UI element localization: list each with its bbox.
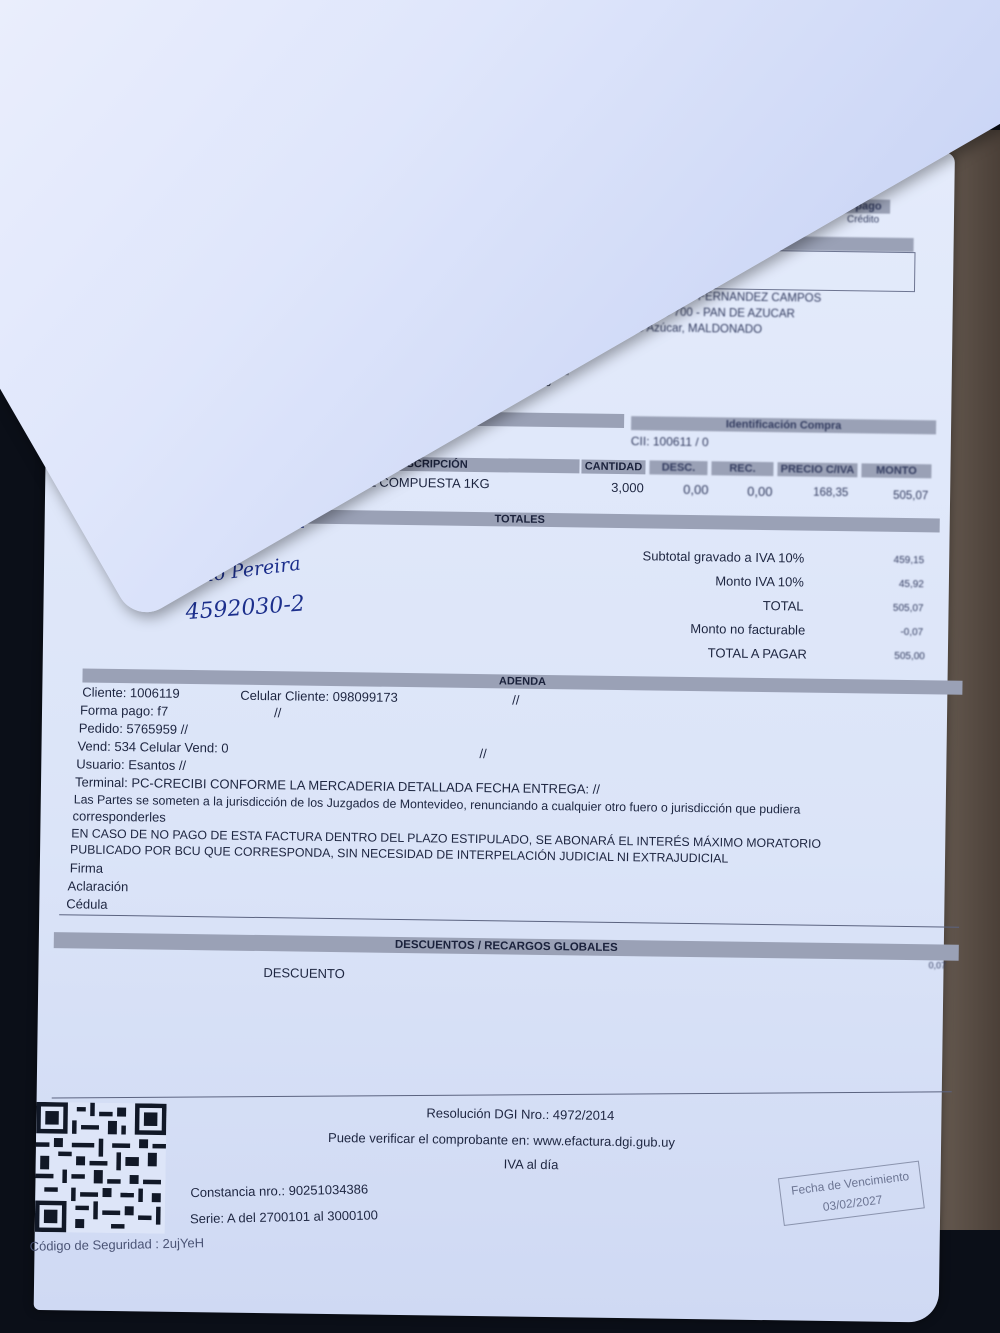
- col-precio: PRECIO C/IVA: [777, 462, 857, 477]
- adenda-sep-1: //: [512, 693, 519, 708]
- descuento-value: 0,07: [928, 960, 946, 970]
- col-cantidad: CANTIDAD: [581, 459, 645, 474]
- adenda-header: ADENDA: [82, 669, 962, 695]
- qr-code-icon: [35, 1102, 167, 1234]
- adenda-celular-cliente: Celular Cliente: 098099173: [240, 688, 398, 705]
- identificacion-header: Identificación Compra: [631, 416, 936, 434]
- serie-rango: Serie: A del 2700101 al 3000100: [190, 1207, 378, 1226]
- handwritten-id: 4592030-2: [185, 591, 306, 625]
- adenda-jurisdiccion-1: Las Partes se someten a la jurisdicción …: [74, 792, 801, 816]
- forma-pago-value: Crédito: [847, 214, 879, 225]
- adenda-forma-pago: Forma pago: f7: [80, 702, 168, 718]
- col-rec: REC.: [711, 461, 773, 476]
- total-pagar-value: 505,00: [853, 650, 925, 662]
- adenda-sep-2: //: [274, 705, 281, 720]
- adenda-cliente: Cliente: 1006119: [82, 685, 180, 701]
- item-rec: 0,00: [747, 484, 773, 499]
- total-value: 505,07: [853, 602, 923, 614]
- total-pagar-label: TOTAL A PAGAR: [543, 643, 807, 662]
- subtotal-label: Subtotal gravado a IVA 10%: [544, 547, 804, 566]
- monto-iva-value: 45,92: [854, 578, 924, 590]
- item-precio: 168,35: [813, 487, 848, 499]
- total-label: TOTAL: [543, 595, 803, 614]
- adenda-sep-3: //: [479, 746, 486, 761]
- adenda-cedula: Cédula: [66, 896, 107, 912]
- no-facturable-value: -0,07: [853, 626, 923, 638]
- iva-al-dia: IVA al día: [504, 1156, 559, 1172]
- item-cantidad: 3,000: [611, 480, 644, 495]
- subtotal-value: 459,15: [854, 554, 924, 566]
- resolucion-dgi: Resolución DGI Nro.: 4972/2014: [426, 1105, 614, 1123]
- fecha-vencimiento-stamp: Fecha de Vencimiento 03/02/2027: [778, 1161, 925, 1226]
- col-desc: DESC.: [649, 460, 707, 475]
- descuentos-header: DESCUENTOS / RECARGOS GLOBALES: [54, 932, 959, 961]
- descuento-label: DESCUENTO: [263, 965, 345, 981]
- adenda-aclaracion: Aclaración: [67, 878, 128, 894]
- no-facturable-label: Monto no facturable: [543, 619, 805, 638]
- monto-iva-label: Monto IVA 10%: [544, 571, 804, 590]
- adenda-vend: Vend: 534 Celular Vend: 0: [77, 738, 228, 755]
- col-monto: MONTO: [861, 463, 931, 478]
- item-desc: 0,00: [683, 482, 709, 497]
- codigo-seguridad: Código de Seguridad : 2ujYeH: [29, 1235, 204, 1254]
- adenda-pedido: Pedido: 5765959 //: [79, 720, 188, 737]
- footer-divider: [52, 1091, 952, 1098]
- adenda-jurisdiccion-2: corresponderles: [72, 808, 165, 824]
- adenda-firma: Firma: [70, 860, 103, 875]
- constancia: Constancia nro.: 90251034386: [190, 1181, 368, 1200]
- adenda-usuario: Usuario: Esantos //: [76, 756, 186, 773]
- item-monto: 505,07: [893, 490, 928, 502]
- identificacion-value: CII: 100611 / 0: [631, 434, 709, 449]
- verificar-comprobante: Puede verificar el comprobante en: www.e…: [328, 1130, 675, 1150]
- adenda-divider: [59, 914, 959, 928]
